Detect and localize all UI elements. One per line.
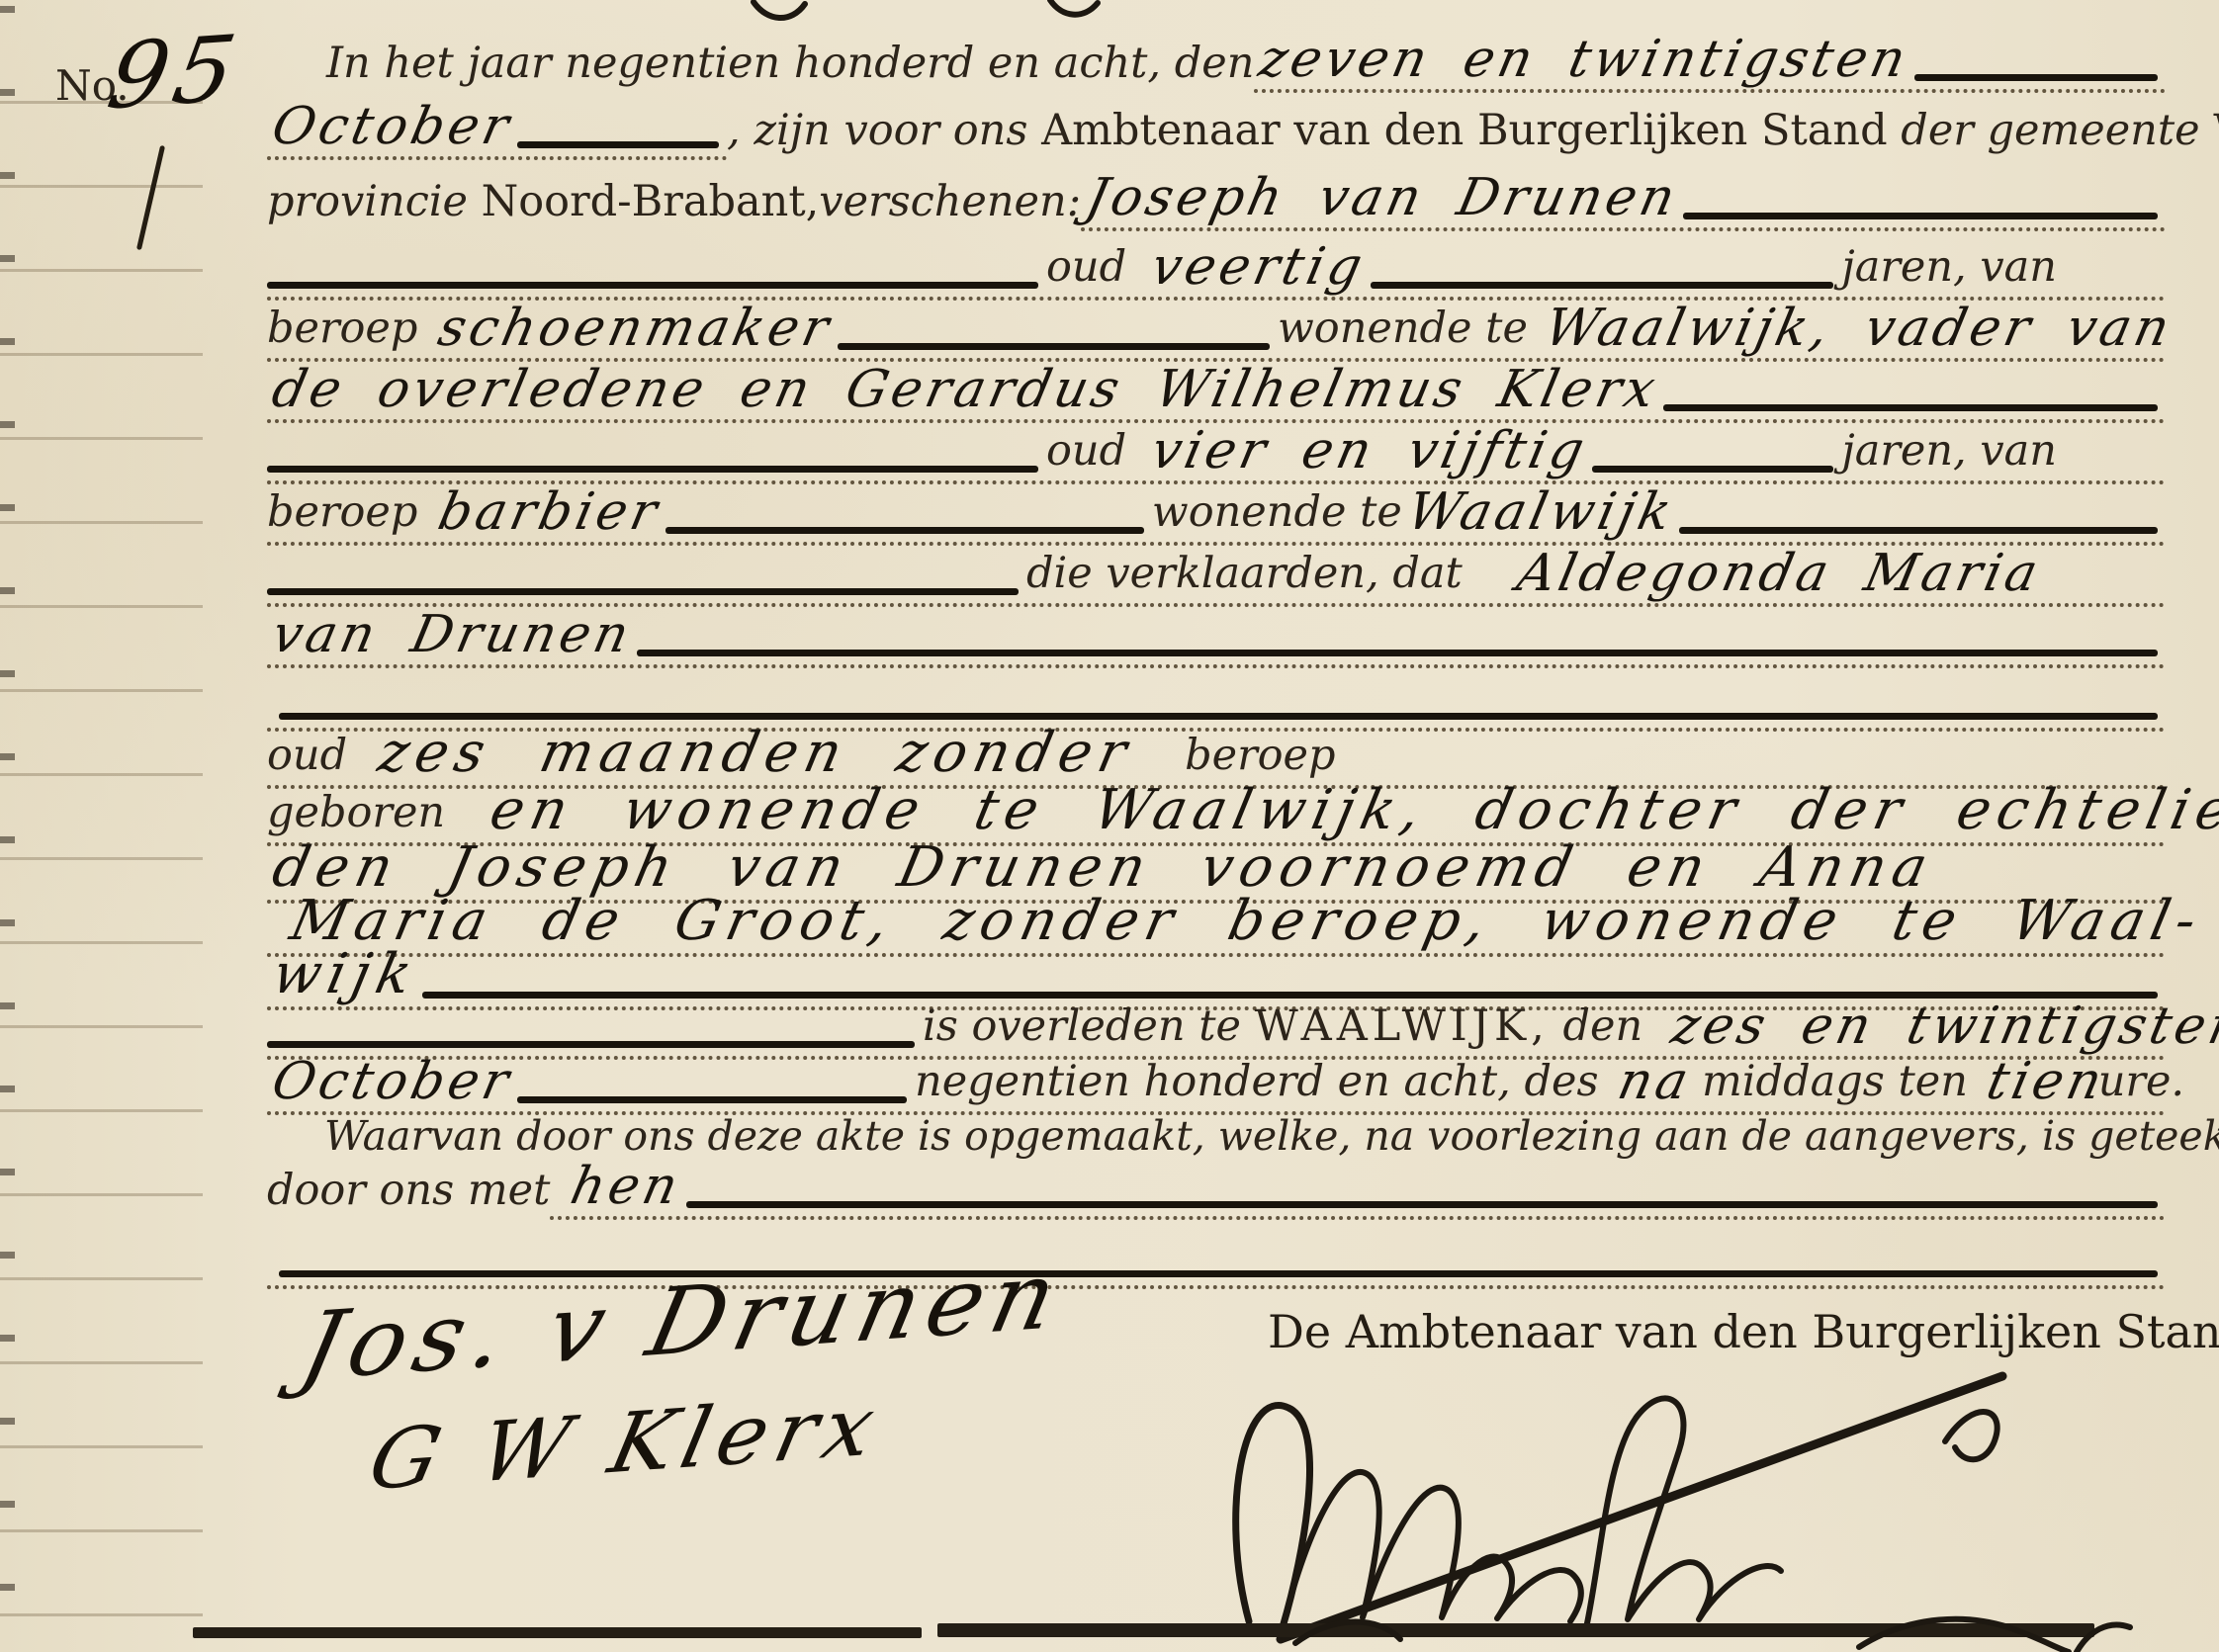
printed-text: beroep bbox=[1185, 733, 1335, 785]
handwritten-deceased-age: zes maanden zonder bbox=[373, 726, 1138, 785]
handwritten-deceased-birth-residence: en wonende te Waalwijk, dochter der echt… bbox=[485, 783, 2219, 842]
bottom-edge-partial-writing bbox=[0, 1609, 2219, 1652]
printed-text: geboren bbox=[267, 790, 445, 842]
printed-text: Ambtenaar van den Burgerlijken Stand bbox=[1041, 108, 1888, 160]
handwritten-declarant1-residence: Waalwijk, vader van bbox=[1540, 303, 2177, 358]
printed-text: jaren, van bbox=[1841, 428, 2057, 480]
printed-text: der gemeente bbox=[1888, 108, 2214, 160]
ink-filler-stroke bbox=[517, 141, 719, 148]
printed-text: wonende te bbox=[1152, 489, 1402, 542]
ink-filler-stroke bbox=[1663, 404, 2158, 411]
margin-tally-mark bbox=[136, 145, 165, 250]
ink-filler-stroke bbox=[1679, 527, 2158, 534]
form-line-8: beroep barbier wonende te Waalwijk bbox=[267, 478, 2166, 546]
printed-province: Noord-Brabant, bbox=[482, 179, 820, 231]
printed-text: door ons met bbox=[267, 1168, 550, 1220]
handwritten-declarant2-name: de overledene en Gerardus Wilhelmus Kler… bbox=[267, 364, 1663, 419]
handwritten-declarant1-name: Joseph van Drunen bbox=[1081, 172, 1683, 227]
printed-text: In het jaar negentien honderd en acht, d… bbox=[326, 41, 1254, 93]
printed-text: , zijn voor ons bbox=[727, 108, 1041, 160]
printed-text: beroep bbox=[267, 489, 417, 542]
ink-filler-stroke bbox=[267, 588, 1019, 595]
witness2-signature: G W Klerx bbox=[361, 1377, 891, 1509]
handwritten-deceased-firstnames: Aldegonda Maria bbox=[1512, 548, 2046, 603]
form-line-4: oud veertig jaren, van bbox=[267, 233, 2166, 301]
handwritten-declarant2-age: vier en vijftig bbox=[1146, 425, 1592, 480]
printed-text: oud bbox=[1046, 428, 1126, 480]
handwritten-declarant1-occupation: schoenmaker bbox=[433, 303, 837, 358]
form-line-10: van Drunen bbox=[267, 601, 2166, 668]
ink-filler-stroke bbox=[686, 1201, 2158, 1208]
margin-ledger-lines bbox=[0, 20, 203, 1621]
ink-filler-stroke bbox=[637, 650, 2158, 656]
top-edge-partial-writing bbox=[732, 0, 1147, 28]
handwritten-declarant1-age: veertig bbox=[1146, 241, 1371, 297]
ink-filler-stroke bbox=[267, 466, 1038, 473]
printed-text: beroep bbox=[267, 305, 417, 358]
form-line-1: In het jaar negentien honderd en acht, d… bbox=[267, 30, 2166, 93]
printed-text: provincie bbox=[267, 179, 482, 231]
handwritten-declarant2-residence: Waalwijk bbox=[1402, 486, 1679, 542]
handwritten-signed-with: hen bbox=[566, 1161, 686, 1216]
handwritten-date-day: zeven en twintigsten bbox=[1254, 34, 1913, 89]
handwritten-deceased-surname: van Drunen bbox=[267, 609, 637, 664]
ink-filler-stroke bbox=[267, 282, 1038, 289]
act-number-value: 95 bbox=[102, 24, 247, 124]
printed-text: verschenen: bbox=[819, 179, 1081, 231]
printed-municipality: WAALWIJK, bbox=[2213, 108, 2219, 160]
form-line-3: provincie Noord-Brabant, verschenen: Jos… bbox=[267, 168, 2166, 231]
ink-filler-stroke bbox=[1592, 466, 1833, 473]
form-line-6: de overledene en Gerardus Wilhelmus Kler… bbox=[267, 356, 2166, 423]
printed-text: die verklaarden, dat bbox=[1026, 551, 1463, 603]
scan-edge-marks bbox=[0, 6, 15, 1637]
ink-filler-stroke bbox=[838, 343, 1270, 350]
form-line-9: die verklaarden, dat Aldegonda Maria bbox=[267, 540, 2166, 607]
handwritten-month: October bbox=[267, 101, 517, 156]
ink-filler-stroke bbox=[1914, 74, 2158, 81]
form-line-20: door ons met hen bbox=[267, 1157, 2166, 1220]
printed-text: oud bbox=[267, 733, 347, 785]
ink-filler-stroke bbox=[1683, 213, 2158, 219]
printed-text: wonende te bbox=[1278, 305, 1528, 358]
form-line-19: Waarvan door ons deze akte is opgemaakt,… bbox=[267, 1101, 2166, 1165]
form-line-5: beroep schoenmaker wonende te Waalwijk, … bbox=[267, 295, 2166, 362]
form-line-2: October , zijn voor ons Ambtenaar van de… bbox=[267, 97, 2166, 160]
death-certificate-page: { "header": { "act_number_label": "No.",… bbox=[0, 0, 2219, 1652]
registrar-signature bbox=[1211, 1325, 2062, 1641]
printed-text: oud bbox=[1046, 244, 1126, 297]
form-line-7: oud vier en vijftig jaren, van bbox=[267, 417, 2166, 484]
printed-text: jaren, van bbox=[1841, 244, 2057, 297]
ink-filler-stroke bbox=[267, 1041, 915, 1048]
ink-filler-stroke bbox=[279, 713, 2158, 720]
ink-filler-stroke bbox=[666, 527, 1144, 534]
ink-filler-stroke bbox=[1371, 282, 1834, 289]
handwritten-declarant2-occupation: barbier bbox=[433, 486, 666, 542]
